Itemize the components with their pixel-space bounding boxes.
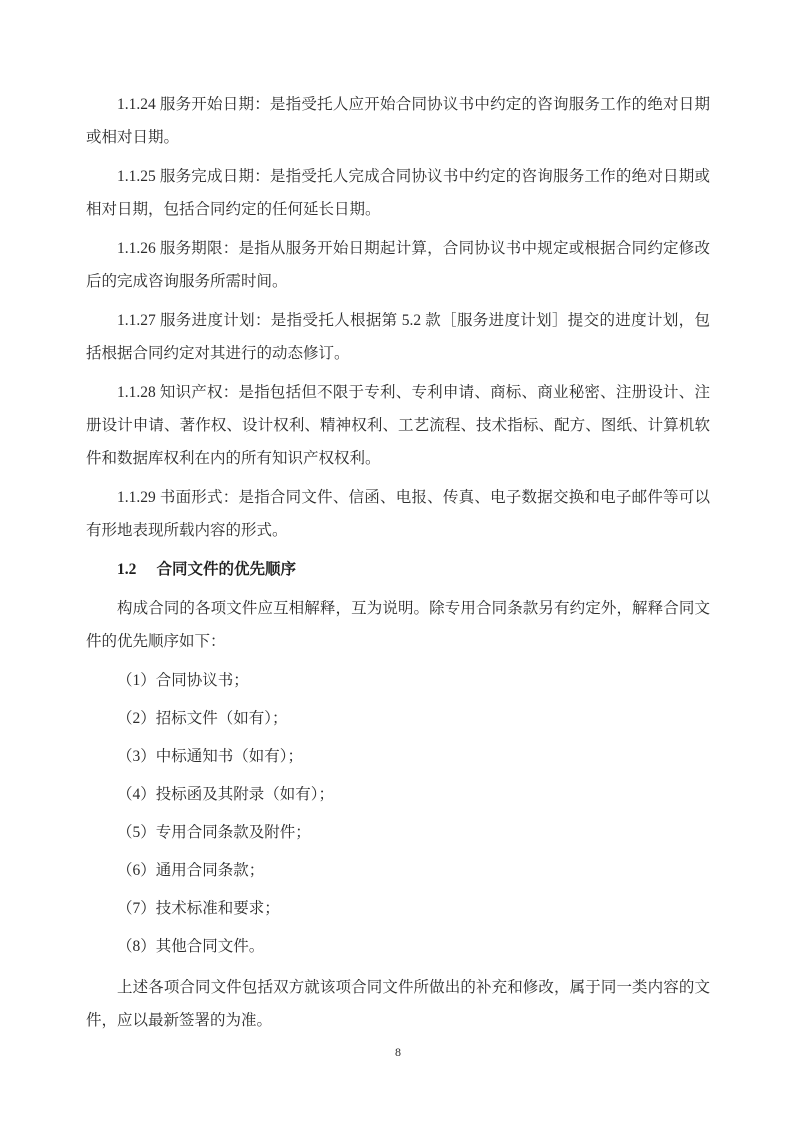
clause-1-1-25: 1.1.25 服务完成日期：是指受托人完成合同协议书中约定的咨询服务工作的绝对日… (86, 160, 710, 226)
page-footer: 8 (86, 1043, 710, 1061)
priority-list-item-1: （1）合同协议书； (86, 664, 710, 697)
priority-intro-paragraph: 构成合同的各项文件应互相解释，互为说明。除专用合同条款另有约定外，解释合同文件的… (86, 592, 710, 658)
section-heading-title: 合同文件的优先顺序 (157, 561, 297, 578)
clause-1-1-28: 1.1.28 知识产权：是指包括但不限于专利、专利申请、商标、商业秘密、注册设计… (86, 376, 710, 475)
priority-closing-paragraph: 上述各项合同文件包括双方就该项合同文件所做出的补充和修改，属于同一类内容的文件，… (86, 971, 710, 1037)
definitions-section: 1.1.24 服务开始日期：是指受托人应开始合同协议书中约定的咨询服务工作的绝对… (86, 88, 710, 547)
section-heading-number: 1.2 (117, 561, 136, 578)
clause-1-1-27: 1.1.27 服务进度计划：是指受托人根据第 5.2 款［服务进度计划］提交的进… (86, 304, 710, 370)
priority-list-item-6: （6）通用合同条款； (86, 854, 710, 887)
page-number: 8 (395, 1045, 401, 1059)
clause-1-1-29: 1.1.29 书面形式：是指合同文件、信函、电报、传真、电子数据交换和电子邮件等… (86, 481, 710, 547)
priority-list-item-5: （5）专用合同条款及附件； (86, 816, 710, 849)
clause-1-1-26: 1.1.26 服务期限：是指从服务开始日期起计算，合同协议书中规定或根据合同约定… (86, 232, 710, 298)
priority-list-item-7: （7）技术标准和要求； (86, 892, 710, 925)
document-page: 1.1.24 服务开始日期：是指受托人应开始合同协议书中约定的咨询服务工作的绝对… (0, 0, 794, 1122)
priority-section: 构成合同的各项文件应互相解释，互为说明。除专用合同条款另有约定外，解释合同文件的… (86, 592, 710, 1037)
clause-1-1-24: 1.1.24 服务开始日期：是指受托人应开始合同协议书中约定的咨询服务工作的绝对… (86, 88, 710, 154)
priority-list-item-4: （4）投标函及其附录（如有）； (86, 778, 710, 811)
section-heading-1-2: 1.2合同文件的优先顺序 (86, 553, 710, 586)
priority-list-item-2: （2）招标文件（如有）； (86, 702, 710, 735)
priority-list-item-8: （8）其他合同文件。 (86, 930, 710, 963)
priority-list: （1）合同协议书； （2）招标文件（如有）； （3）中标通知书（如有）； （4）… (86, 664, 710, 963)
priority-list-item-3: （3）中标通知书（如有）； (86, 740, 710, 773)
